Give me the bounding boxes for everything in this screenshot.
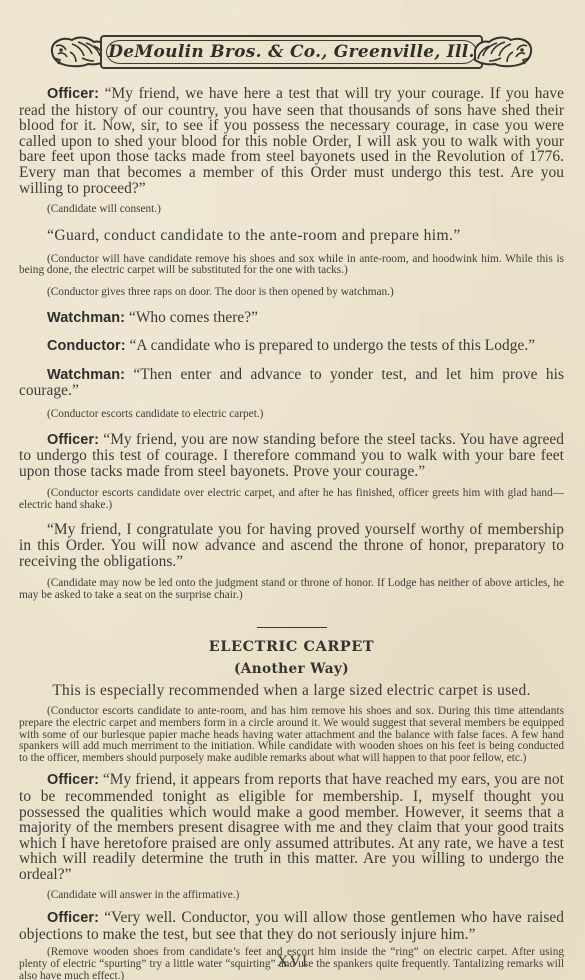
section-intro: This is especially recommended when a la… — [19, 682, 564, 700]
section-divider — [257, 627, 327, 628]
dialogue-text: “Very well. Conductor, you will allow th… — [19, 909, 564, 943]
dialogue-text: “A candidate who is prepared to undergo … — [126, 337, 535, 354]
dialogue-officer: Officer: “My friend, we have here a test… — [19, 86, 564, 196]
stage-direction: (Candidate will answer in the affirmativ… — [19, 890, 564, 902]
speaker-label: Conductor: — [47, 338, 126, 354]
stage-direction: (Conductor will have candidate remove hi… — [19, 254, 564, 277]
dialogue-text: “My friend, we have here a test that wil… — [19, 85, 564, 197]
dialogue-text: “Who comes there?” — [125, 309, 258, 326]
dialogue-watchman: Watchman: “Who comes there?” — [19, 310, 564, 327]
stage-direction: (Conductor gives three raps on door. The… — [19, 287, 564, 299]
page-number: XVI — [0, 953, 585, 971]
dialogue-quote: “Guard, conduct candidate to the ante-ro… — [19, 228, 564, 244]
speaker-label: Officer: — [47, 772, 99, 788]
speaker-label: Officer: — [47, 910, 99, 926]
lion-head-icon — [473, 34, 535, 68]
dialogue-officer: Officer: “My friend, you are now standin… — [19, 432, 564, 480]
dialogue-watchman: Watchman: “Then enter and advance to yon… — [19, 367, 564, 399]
stage-direction: (Conductor escorts candidate over electr… — [19, 488, 564, 511]
speaker-label: Watchman: — [47, 310, 125, 326]
section-title: ELECTRIC CARPET — [19, 638, 564, 655]
dialogue-conductor: Conductor: “A candidate who is prepared … — [19, 338, 564, 355]
stage-direction: (Candidate will consent.) — [19, 204, 564, 216]
dialogue-officer: Officer: “My friend, it appears from rep… — [19, 772, 564, 882]
dialogue-officer: Officer: “Very well. Conductor, you will… — [19, 910, 564, 942]
banner-scroll: DeMoulin Bros. & Co., Greenville, Ill. — [100, 35, 483, 69]
stage-direction: (Conductor escorts candidate to ante-roo… — [19, 706, 564, 764]
dialogue-text: “My friend, it appears from reports that… — [19, 771, 564, 883]
page-content: Officer: “My friend, we have here a test… — [19, 86, 564, 980]
publisher-banner: DeMoulin Bros. & Co., Greenville, Ill. — [48, 32, 535, 70]
speaker-label: Officer: — [47, 432, 99, 448]
dialogue-text: “My friend, you are now standing before … — [19, 431, 564, 480]
speaker-label: Officer: — [47, 86, 99, 102]
speaker-label: Watchman: — [47, 367, 125, 383]
document-page: DeMoulin Bros. & Co., Greenville, Ill. O… — [0, 0, 585, 980]
publisher-name: DeMoulin Bros. & Co., Greenville, Ill. — [108, 42, 475, 62]
dialogue-officer-continued: “My friend, I congratulate you for havin… — [19, 522, 564, 569]
stage-direction: (Conductor escorts candidate to electric… — [19, 409, 564, 421]
stage-direction: (Candidate may now be led onto the judgm… — [19, 578, 564, 601]
section-subtitle: (Another Way) — [19, 661, 564, 677]
